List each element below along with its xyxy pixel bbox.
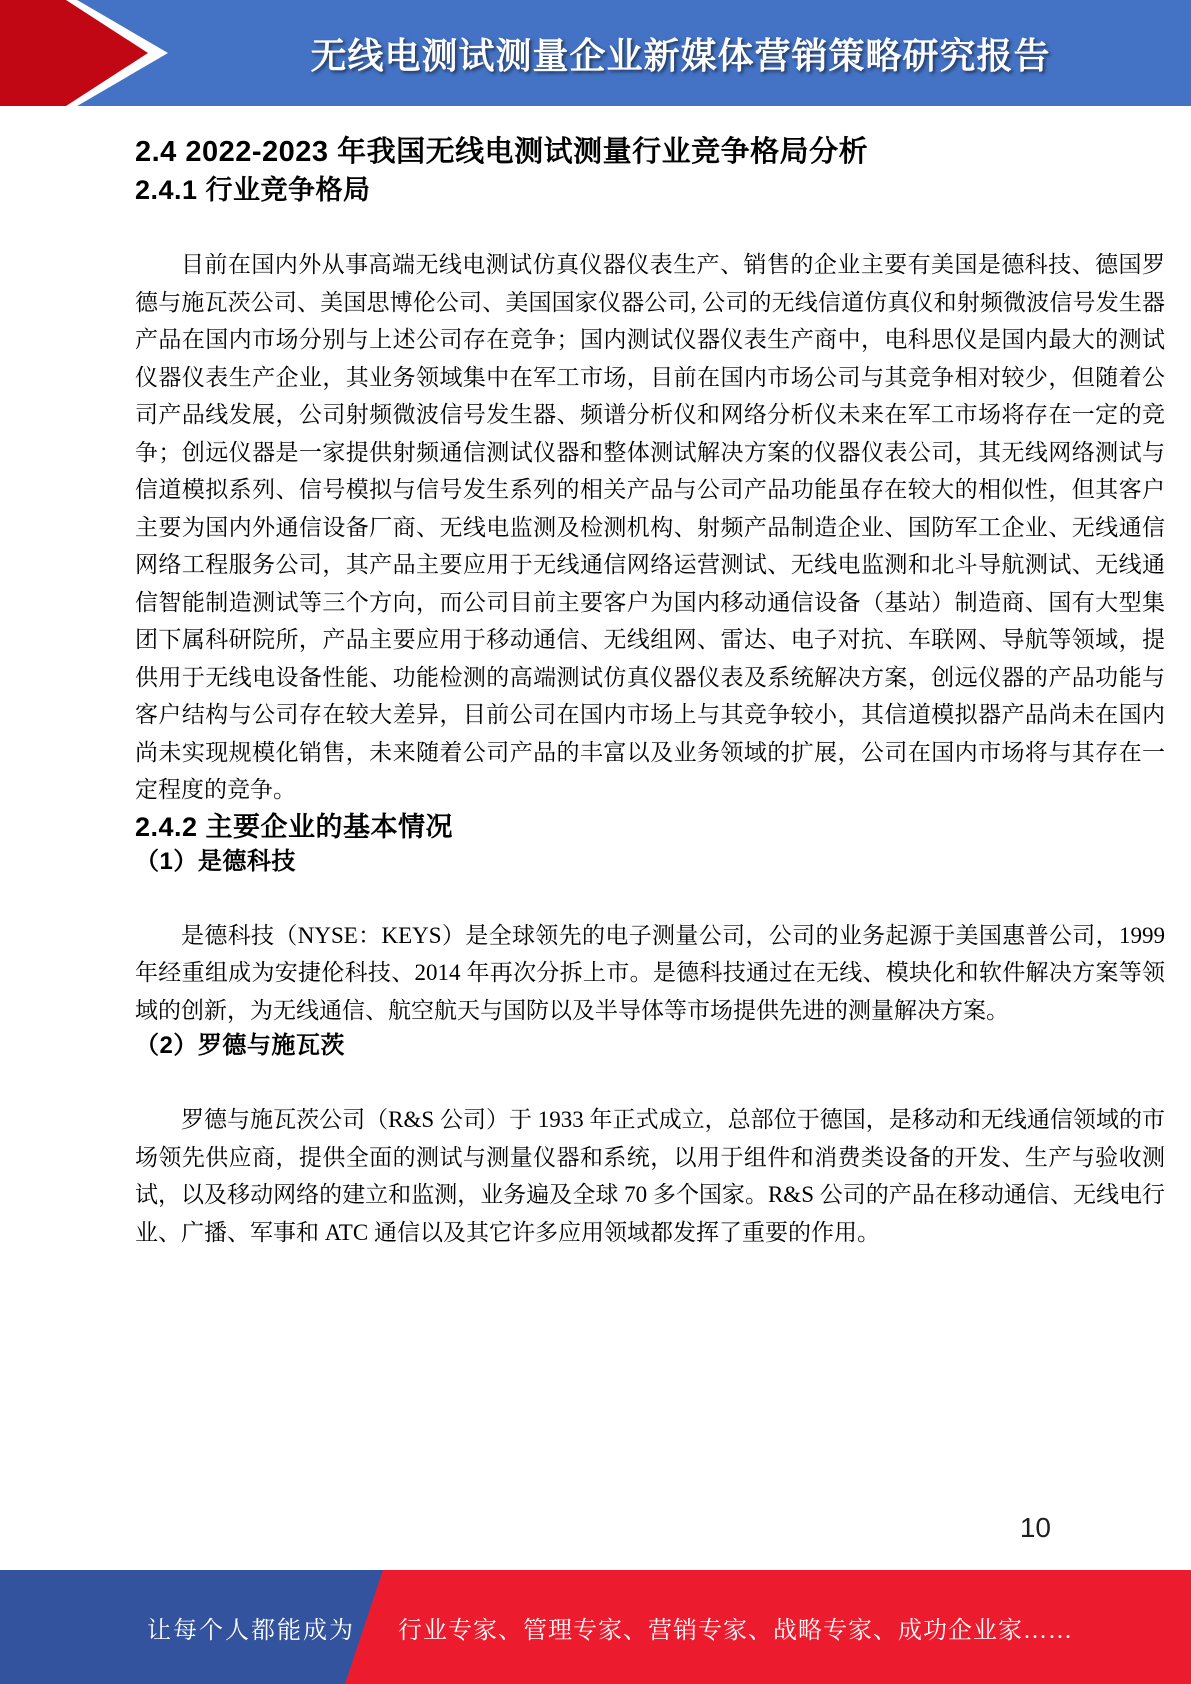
section-2-4-2-heading: 2.4.2 主要企业的基本情况 — [135, 809, 1165, 845]
red-arrow-icon — [0, 0, 170, 106]
footer-slogan-right: 行业专家、管理专家、营销专家、战略专家、成功企业家…… — [398, 1570, 1073, 1684]
company-1-heading: （1）是德科技 — [135, 845, 1165, 879]
company-2-heading: （2）罗德与施瓦茨 — [135, 1029, 1165, 1063]
document-body: 2.4 2022-2023 年我国无线电测试测量行业竞争格局分析 2.4.1 行… — [135, 106, 1165, 1251]
section-2-4-heading: 2.4 2022-2023 年我国无线电测试测量行业竞争格局分析 — [135, 132, 1165, 172]
section-2-4-1-heading: 2.4.1 行业竞争格局 — [135, 172, 1165, 208]
page-number: 10 — [1020, 1512, 1051, 1544]
footer-slogan-left: 让每个人都能成为 — [147, 1570, 355, 1684]
report-page: 无线电测试测量企业新媒体营销策略研究报告 2.4 2022-2023 年我国无线… — [0, 0, 1191, 1684]
section-2-4-1-paragraph: 目前在国内外从事高端无线电测试仿真仪器仪表生产、销售的企业主要有美国是德科技、德… — [135, 246, 1165, 809]
page-header: 无线电测试测量企业新媒体营销策略研究报告 — [0, 0, 1191, 106]
report-title: 无线电测试测量企业新媒体营销策略研究报告 — [170, 0, 1191, 106]
page-footer: 让每个人都能成为 行业专家、管理专家、营销专家、战略专家、成功企业家…… — [0, 1570, 1191, 1684]
company-2-paragraph: 罗德与施瓦茨公司（R&S 公司）于 1933 年正式成立，总部位于德国，是移动和… — [135, 1101, 1165, 1251]
company-1-paragraph: 是德科技（NYSE：KEYS）是全球领先的电子测量公司，公司的业务起源于美国惠普… — [135, 917, 1165, 1030]
